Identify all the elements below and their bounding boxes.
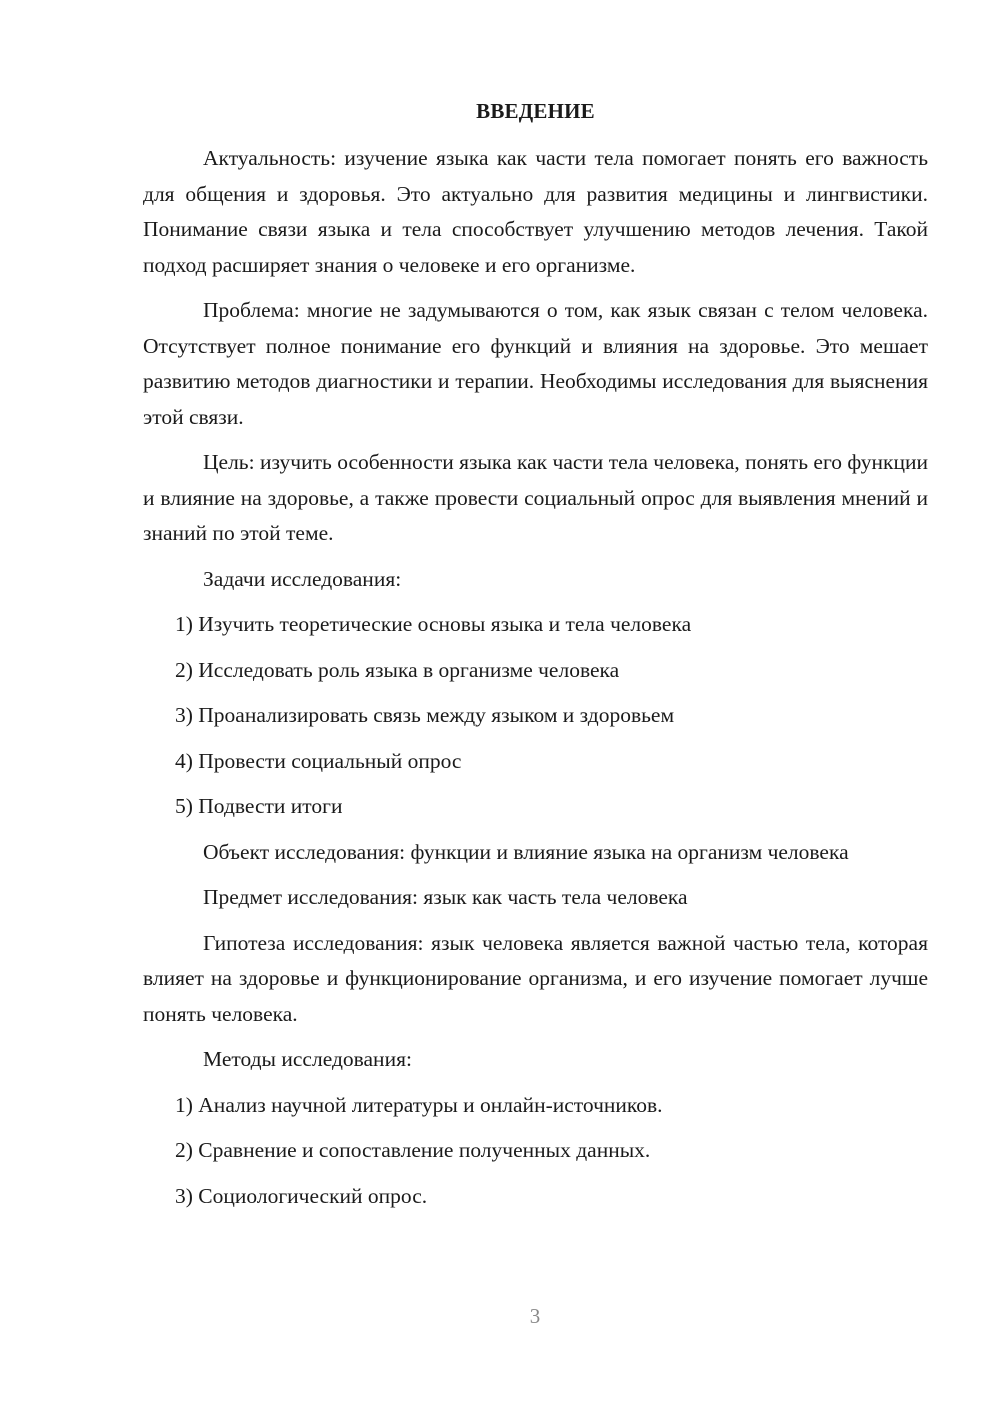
object-paragraph: Объект исследования: функции и влияние я… — [143, 835, 928, 871]
method-item: 3) Социологический опрос. — [143, 1179, 928, 1215]
tasks-list: 1) Изучить теоретические основы языка и … — [143, 607, 928, 825]
method-item: 2) Сравнение и сопоставление полученных … — [143, 1133, 928, 1169]
task-item: 4) Провести социальный опрос — [143, 744, 928, 780]
task-item: 5) Подвести итоги — [143, 789, 928, 825]
hypothesis-paragraph: Гипотеза исследования: язык человека явл… — [143, 926, 928, 1033]
relevance-paragraph: Актуальность: изучение языка как части т… — [143, 141, 928, 283]
task-item: 2) Исследовать роль языка в организме че… — [143, 653, 928, 689]
section-title: ВВЕДЕНИЕ — [143, 96, 928, 126]
tasks-heading: Задачи исследования: — [143, 562, 928, 598]
subject-paragraph: Предмет исследования: язык как часть тел… — [143, 880, 928, 916]
page-number: 3 — [0, 1304, 1000, 1329]
method-item: 1) Анализ научной литературы и онлайн-ис… — [143, 1088, 928, 1124]
methods-heading: Методы исследования: — [143, 1042, 928, 1078]
goal-paragraph: Цель: изучить особенности языка как част… — [143, 445, 928, 552]
task-item: 3) Проанализировать связь между языком и… — [143, 698, 928, 734]
problem-paragraph: Проблема: многие не задумываются о том, … — [143, 293, 928, 435]
document-page: ВВЕДЕНИЕ Актуальность: изучение языка ка… — [143, 96, 928, 1224]
methods-list: 1) Анализ научной литературы и онлайн-ис… — [143, 1088, 928, 1215]
task-item: 1) Изучить теоретические основы языка и … — [143, 607, 928, 643]
